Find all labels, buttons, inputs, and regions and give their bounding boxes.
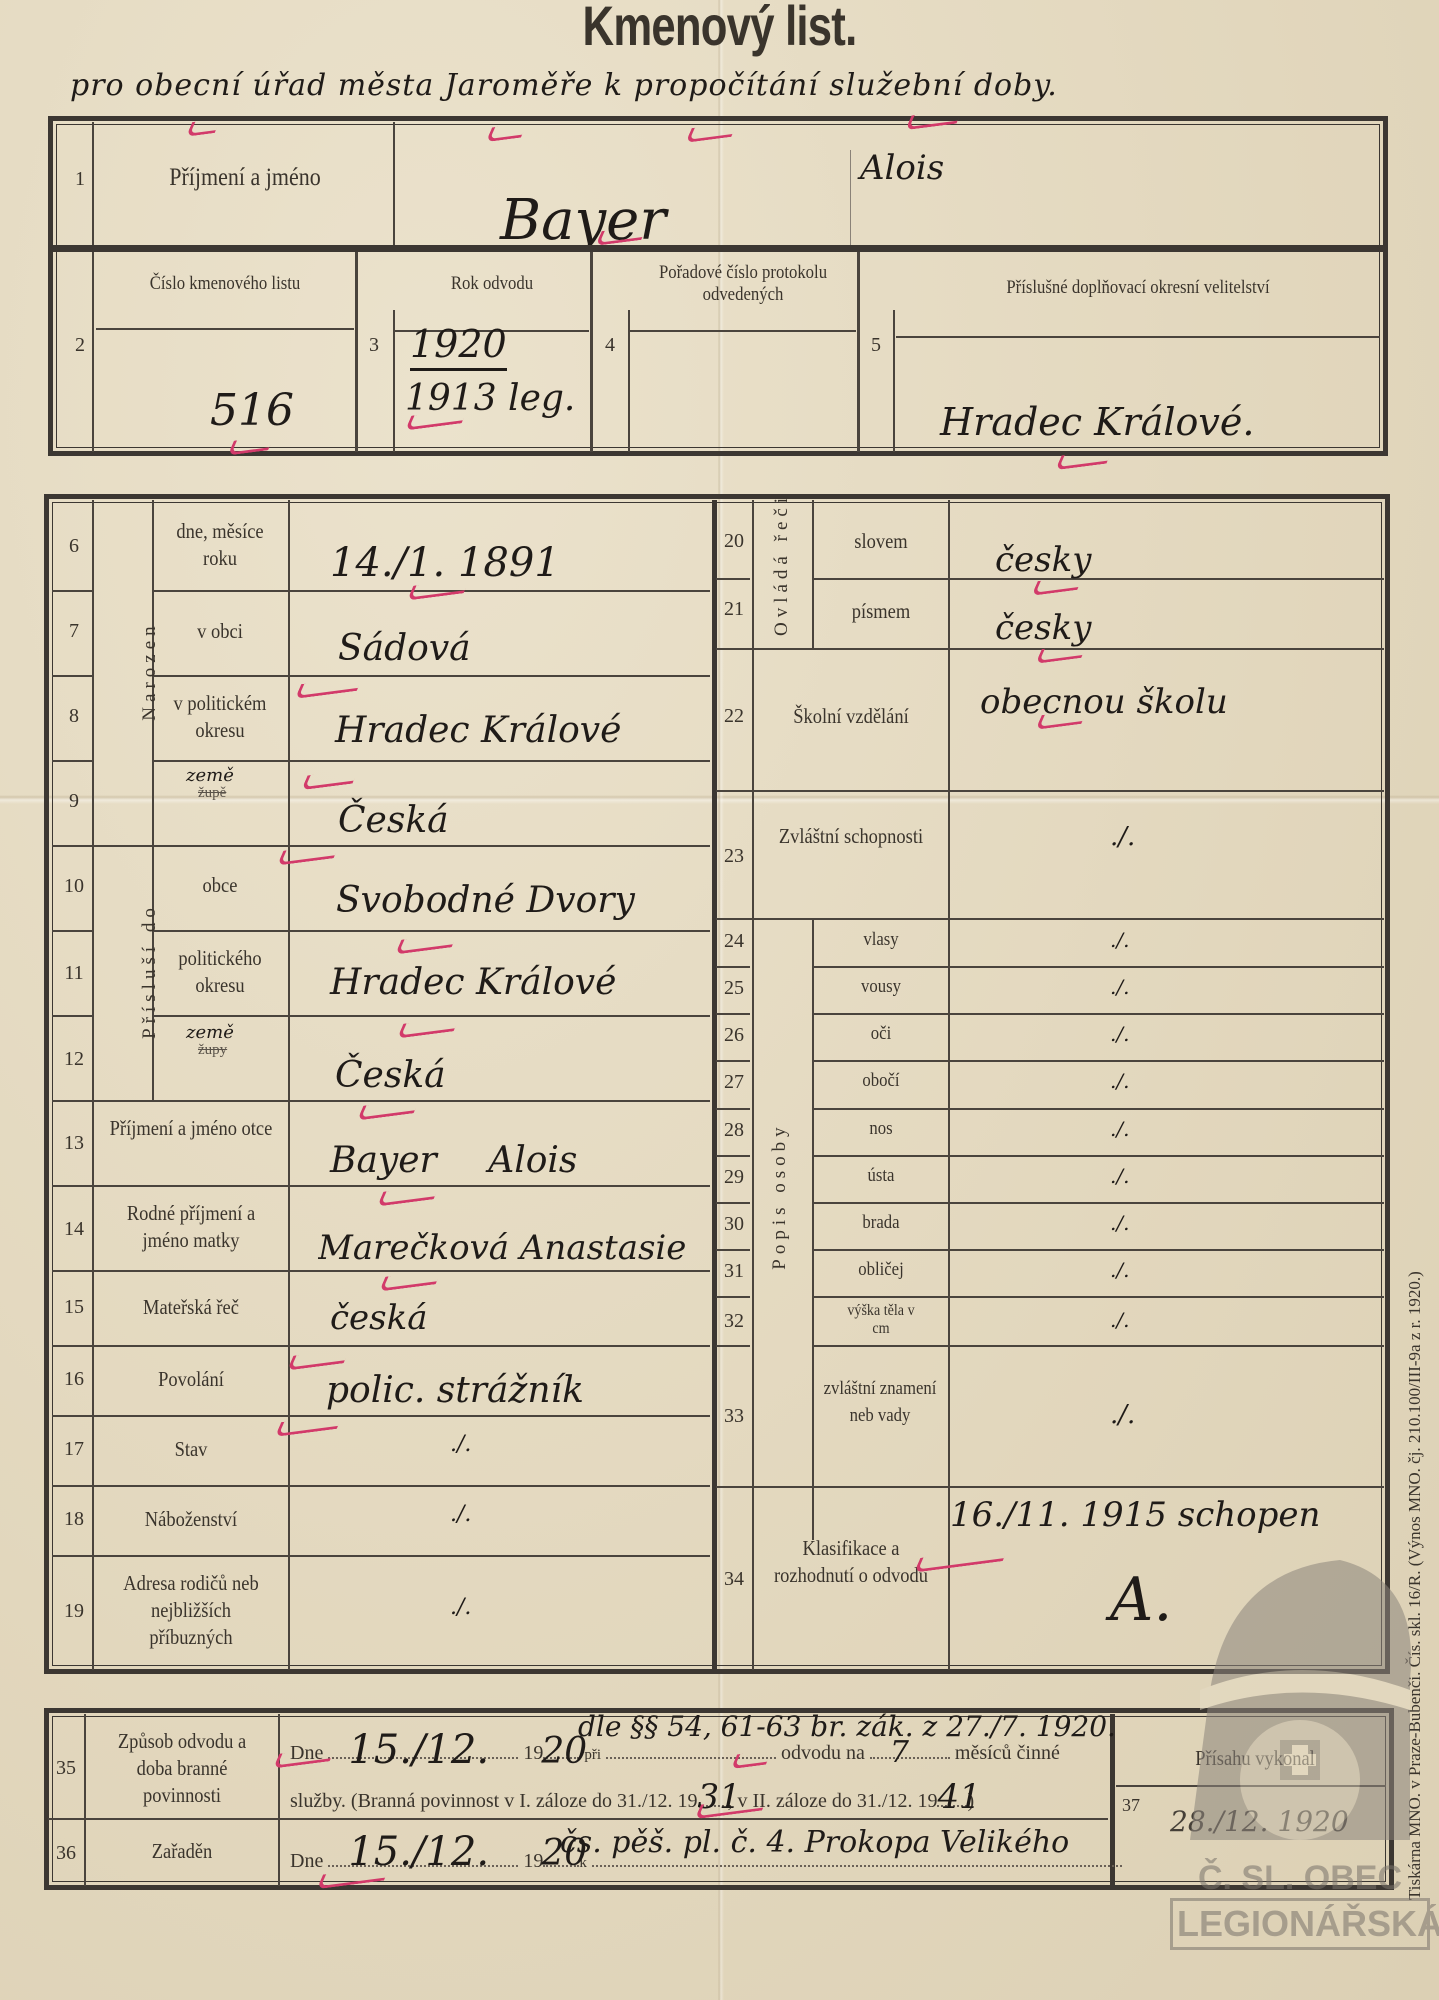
occupation-value: polic. strážník [326, 1370, 584, 1411]
field-number-3: 3 [356, 334, 392, 357]
group-label-belongs-to: Přísluší do [139, 871, 161, 1071]
conscription-date-value: 15./12. [348, 1727, 489, 1773]
written-language-value: česky [995, 608, 1091, 648]
legal-basis-note: dle §§ 54, 61-63 br. zák. z 27./7. 1920. [578, 1710, 1116, 1743]
field-label-record-number: Číslo kmenového listu [111, 270, 338, 297]
domicile-land-value: Česká [335, 1055, 446, 1096]
field-number-4: 4 [592, 334, 628, 357]
field-value-district-command: Hradec Králové. [940, 400, 1254, 444]
birth-place-value: Sádová [338, 628, 471, 669]
document-title: Kmenový list. [158, 0, 1280, 52]
field-label-conscription-year: Rok odvodu [407, 270, 578, 297]
mother-tongue-value: česká [330, 1298, 427, 1338]
field-label-surname-name: Příjmení a jméno [117, 164, 372, 191]
domicile-municipality-value: Svobodné Dvory [336, 880, 635, 921]
assigned-unit-value: čs. pěš. pl. č. 4. Prokopa Velikého [560, 1825, 1069, 1860]
spoken-language-value: česky [995, 540, 1091, 580]
legion-watermark: Č. SL. OBEC LEGIONÁŘSKÁ [1170, 1540, 1430, 1980]
field-number-1: 1 [62, 168, 98, 191]
field-label-district-command: Příslušné doplňovací okresní velitelství [925, 274, 1351, 301]
birth-date-value: 14./1. 1891 [330, 540, 560, 586]
marital-status-value: ./. [450, 1432, 471, 1457]
document-subtitle-handwritten: pro obecní úřad města Jaroměře k propočí… [70, 68, 1058, 103]
education-value: obecnou školu [980, 682, 1228, 722]
conscription-signature: A. [1110, 1565, 1172, 1635]
reserve2-year-value: 41 [937, 1777, 980, 1817]
group-label-description: Popis osoby [769, 1116, 791, 1276]
special-abilities-value: ./. [1110, 822, 1135, 852]
watermark-line2: LEGIONÁŘSKÁ [1170, 1898, 1430, 1950]
father-name-value: Bayer Alois [330, 1140, 577, 1181]
soldier-helmet-emblem-icon [1170, 1540, 1430, 1860]
field-value-surname: Bayer [500, 188, 666, 253]
birth-land-value: Česká [338, 800, 449, 841]
group-label-languages: Ovládá řeči [771, 516, 793, 636]
birth-district-value: Hradec Králové [335, 710, 621, 751]
domicile-district-value: Hradec Králové [330, 962, 616, 1003]
field-number-2: 2 [62, 334, 98, 357]
field-number-5: 5 [858, 334, 894, 357]
group-label-born: Narozen [139, 581, 161, 761]
field-label-protocol-number: Pořadové číslo protokolu odvedených [644, 262, 843, 306]
conscription-decision-value: 16./11. 1915 schopen [950, 1495, 1320, 1535]
parents-address-value: ./. [450, 1595, 471, 1620]
watermark-line1: Č. SL. OBEC [1170, 1859, 1430, 1898]
field-value-record-number: 516 [210, 385, 294, 436]
field-value-given-name: Alois [860, 148, 944, 188]
field-value-conscription-year: 1920 [410, 322, 507, 371]
mother-name-value: Marečková Anastasie [318, 1228, 708, 1268]
religion-value: ./. [450, 1502, 471, 1527]
